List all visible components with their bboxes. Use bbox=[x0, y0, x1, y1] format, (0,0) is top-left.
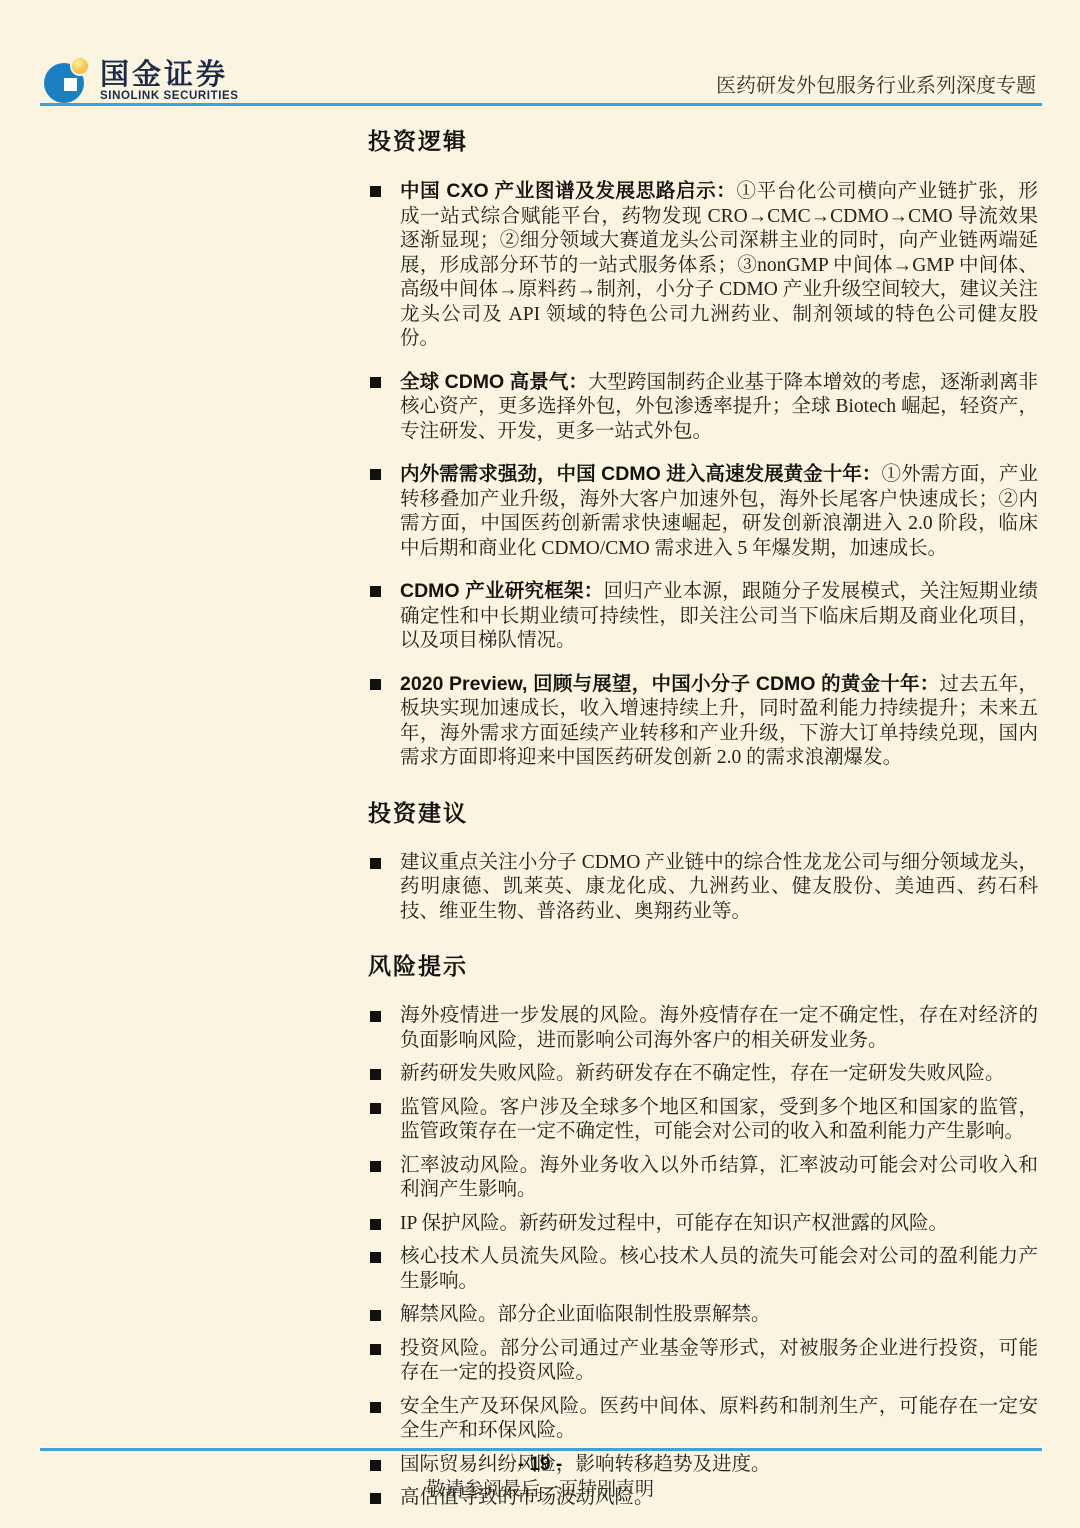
square-bullet-icon bbox=[370, 186, 381, 197]
sinolink-logo-icon bbox=[44, 58, 90, 104]
bullet-text: 海外疫情进一步发展的风险。海外疫情存在一定不确定性，存在对经济的负面影响风险，进… bbox=[400, 1004, 1038, 1053]
section-investment-logic: 投资逻辑中国 CXO 产业图谱及发展思路启示：①平台化公司横向产业链扩张，形成一… bbox=[368, 127, 1038, 771]
bullet-item: 建议重点关注小分子 CDMO 产业链中的综合性龙龙公司与细分领域龙头，药明康德、… bbox=[368, 851, 1038, 925]
square-bullet-icon bbox=[370, 1252, 381, 1263]
report-page: 国金证券 SINOLINK SECURITIES 医药研发外包服务行业系列深度专… bbox=[0, 0, 1080, 1528]
bullet-lead: CDMO 产业研究框架： bbox=[400, 580, 604, 602]
bullet-item: 全球 CDMO 高景气：大型跨国制药企业基于降本增效的考虑，逐渐剥离非核心资产，… bbox=[368, 370, 1038, 445]
brand-name-cn: 国金证券 bbox=[100, 60, 239, 90]
bullet-lead: 内外需需求强劲，中国 CDMO 进入高速发展黄金十年： bbox=[400, 463, 882, 485]
bullet-text: 全球 CDMO 高景气：大型跨国制药企业基于降本增效的考虑，逐渐剥离非核心资产，… bbox=[400, 370, 1038, 445]
square-bullet-icon bbox=[370, 858, 381, 869]
bullet-text: 解禁风险。部分企业面临限制性股票解禁。 bbox=[400, 1303, 1038, 1328]
bullet-item: 汇率波动风险。海外业务收入以外币结算，汇率波动可能会对公司收入和利润产生影响。 bbox=[368, 1154, 1038, 1203]
bullet-item: 投资风险。部分公司通过产业基金等形式，对被服务企业进行投资，可能存在一定的投资风… bbox=[368, 1337, 1038, 1386]
section-risk-notes: 风险提示海外疫情进一步发展的风险。海外疫情存在一定不确定性，存在对经济的负面影响… bbox=[368, 952, 1038, 1511]
bullet-list: 海外疫情进一步发展的风险。海外疫情存在一定不确定性，存在对经济的负面影响风险，进… bbox=[368, 1004, 1038, 1511]
bullet-lead: 中国 CXO 产业图谱及发展思路启示： bbox=[400, 180, 736, 202]
bullet-item: 解禁风险。部分企业面临限制性股票解禁。 bbox=[368, 1303, 1038, 1328]
bullet-item: 海外疫情进一步发展的风险。海外疫情存在一定不确定性，存在对经济的负面影响风险，进… bbox=[368, 1004, 1038, 1053]
bullet-text: 2020 Preview, 回顾与展望，中国小分子 CDMO 的黄金十年：过去五… bbox=[400, 672, 1038, 771]
bullet-item: 监管风险。客户涉及全球多个地区和国家，受到多个地区和国家的监管，监管政策存在一定… bbox=[368, 1096, 1038, 1145]
bullet-item: 新药研发失败风险。新药研发存在不确定性，存在一定研发失败风险。 bbox=[368, 1062, 1038, 1087]
square-bullet-icon bbox=[370, 1069, 381, 1080]
bullet-text: 中国 CXO 产业图谱及发展思路启示：①平台化公司横向产业链扩张，形成一站式综合… bbox=[400, 179, 1038, 352]
bullet-list: 建议重点关注小分子 CDMO 产业链中的综合性龙龙公司与细分领域龙头，药明康德、… bbox=[368, 851, 1038, 925]
brand-name-en: SINOLINK SECURITIES bbox=[100, 90, 239, 103]
square-bullet-icon bbox=[370, 1402, 381, 1413]
bullet-text: 核心技术人员流失风险。核心技术人员的流失可能会对公司的盈利能力产生影响。 bbox=[400, 1245, 1038, 1294]
square-bullet-icon bbox=[370, 469, 381, 480]
bullet-text: 建议重点关注小分子 CDMO 产业链中的综合性龙龙公司与细分领域龙头，药明康德、… bbox=[400, 851, 1038, 925]
square-bullet-icon bbox=[370, 1219, 381, 1230]
footer-disclaimer: 敬请参阅最后一页特别声明 bbox=[0, 1478, 1080, 1502]
bullet-lead: 2020 Preview, 回顾与展望，中国小分子 CDMO 的黄金十年： bbox=[400, 673, 940, 695]
report-series-title: 医药研发外包服务行业系列深度专题 bbox=[716, 74, 1036, 98]
square-bullet-icon bbox=[370, 679, 381, 690]
page-number: - 19 - bbox=[0, 1454, 1080, 1476]
bullet-item: IP 保护风险。新药研发过程中，可能存在知识产权泄露的风险。 bbox=[368, 1212, 1038, 1237]
content-sections: 投资逻辑中国 CXO 产业图谱及发展思路启示：①平台化公司横向产业链扩张，形成一… bbox=[368, 127, 1038, 1520]
square-bullet-icon bbox=[370, 1011, 381, 1022]
bullet-text: 新药研发失败风险。新药研发存在不确定性，存在一定研发失败风险。 bbox=[400, 1062, 1038, 1087]
bullet-item: 内外需需求强劲，中国 CDMO 进入高速发展黄金十年：①外需方面，产业转移叠加产… bbox=[368, 462, 1038, 561]
square-bullet-icon bbox=[370, 1344, 381, 1355]
square-bullet-icon bbox=[370, 1103, 381, 1114]
bullet-text: CDMO 产业研究框架：回归产业本源，跟随分子发展模式，关注短期业绩确定性和中长… bbox=[400, 579, 1038, 654]
bullet-text: 安全生产及环保风险。医药中间体、原料药和制剂生产，可能存在一定安全生产和环保风险… bbox=[400, 1395, 1038, 1444]
bullet-lead: 全球 CDMO 高景气： bbox=[400, 371, 588, 393]
square-bullet-icon bbox=[370, 1161, 381, 1172]
square-bullet-icon bbox=[370, 586, 381, 597]
bullet-text: 监管风险。客户涉及全球多个地区和国家，受到多个地区和国家的监管，监管政策存在一定… bbox=[400, 1096, 1038, 1145]
bullet-item: 核心技术人员流失风险。核心技术人员的流失可能会对公司的盈利能力产生影响。 bbox=[368, 1245, 1038, 1294]
sinolink-logo: 国金证券 SINOLINK SECURITIES bbox=[44, 58, 239, 104]
bullet-list: 中国 CXO 产业图谱及发展思路启示：①平台化公司横向产业链扩张，形成一站式综合… bbox=[368, 179, 1038, 771]
bullet-item: 中国 CXO 产业图谱及发展思路启示：①平台化公司横向产业链扩张，形成一站式综合… bbox=[368, 179, 1038, 352]
bullet-item: 2020 Preview, 回顾与展望，中国小分子 CDMO 的黄金十年：过去五… bbox=[368, 672, 1038, 771]
header-divider bbox=[40, 103, 1042, 106]
bullet-text: IP 保护风险。新药研发过程中，可能存在知识产权泄露的风险。 bbox=[400, 1212, 1038, 1237]
bullet-text: 内外需需求强劲，中国 CDMO 进入高速发展黄金十年：①外需方面，产业转移叠加产… bbox=[400, 462, 1038, 561]
bullet-item: CDMO 产业研究框架：回归产业本源，跟随分子发展模式，关注短期业绩确定性和中长… bbox=[368, 579, 1038, 654]
section-heading: 风险提示 bbox=[368, 952, 1038, 980]
section-heading: 投资逻辑 bbox=[368, 127, 1038, 155]
bullet-text: 汇率波动风险。海外业务收入以外币结算，汇率波动可能会对公司收入和利润产生影响。 bbox=[400, 1154, 1038, 1203]
brand-text: 国金证券 SINOLINK SECURITIES bbox=[100, 60, 239, 103]
square-bullet-icon bbox=[370, 377, 381, 388]
bullet-item: 安全生产及环保风险。医药中间体、原料药和制剂生产，可能存在一定安全生产和环保风险… bbox=[368, 1395, 1038, 1444]
footer-divider bbox=[40, 1448, 1042, 1451]
section-investment-advice: 投资建议建议重点关注小分子 CDMO 产业链中的综合性龙龙公司与细分领域龙头，药… bbox=[368, 799, 1038, 925]
bullet-text: 投资风险。部分公司通过产业基金等形式，对被服务企业进行投资，可能存在一定的投资风… bbox=[400, 1337, 1038, 1386]
section-heading: 投资建议 bbox=[368, 799, 1038, 827]
page-footer: - 19 - 敬请参阅最后一页特别声明 bbox=[0, 1448, 1080, 1502]
square-bullet-icon bbox=[370, 1310, 381, 1321]
